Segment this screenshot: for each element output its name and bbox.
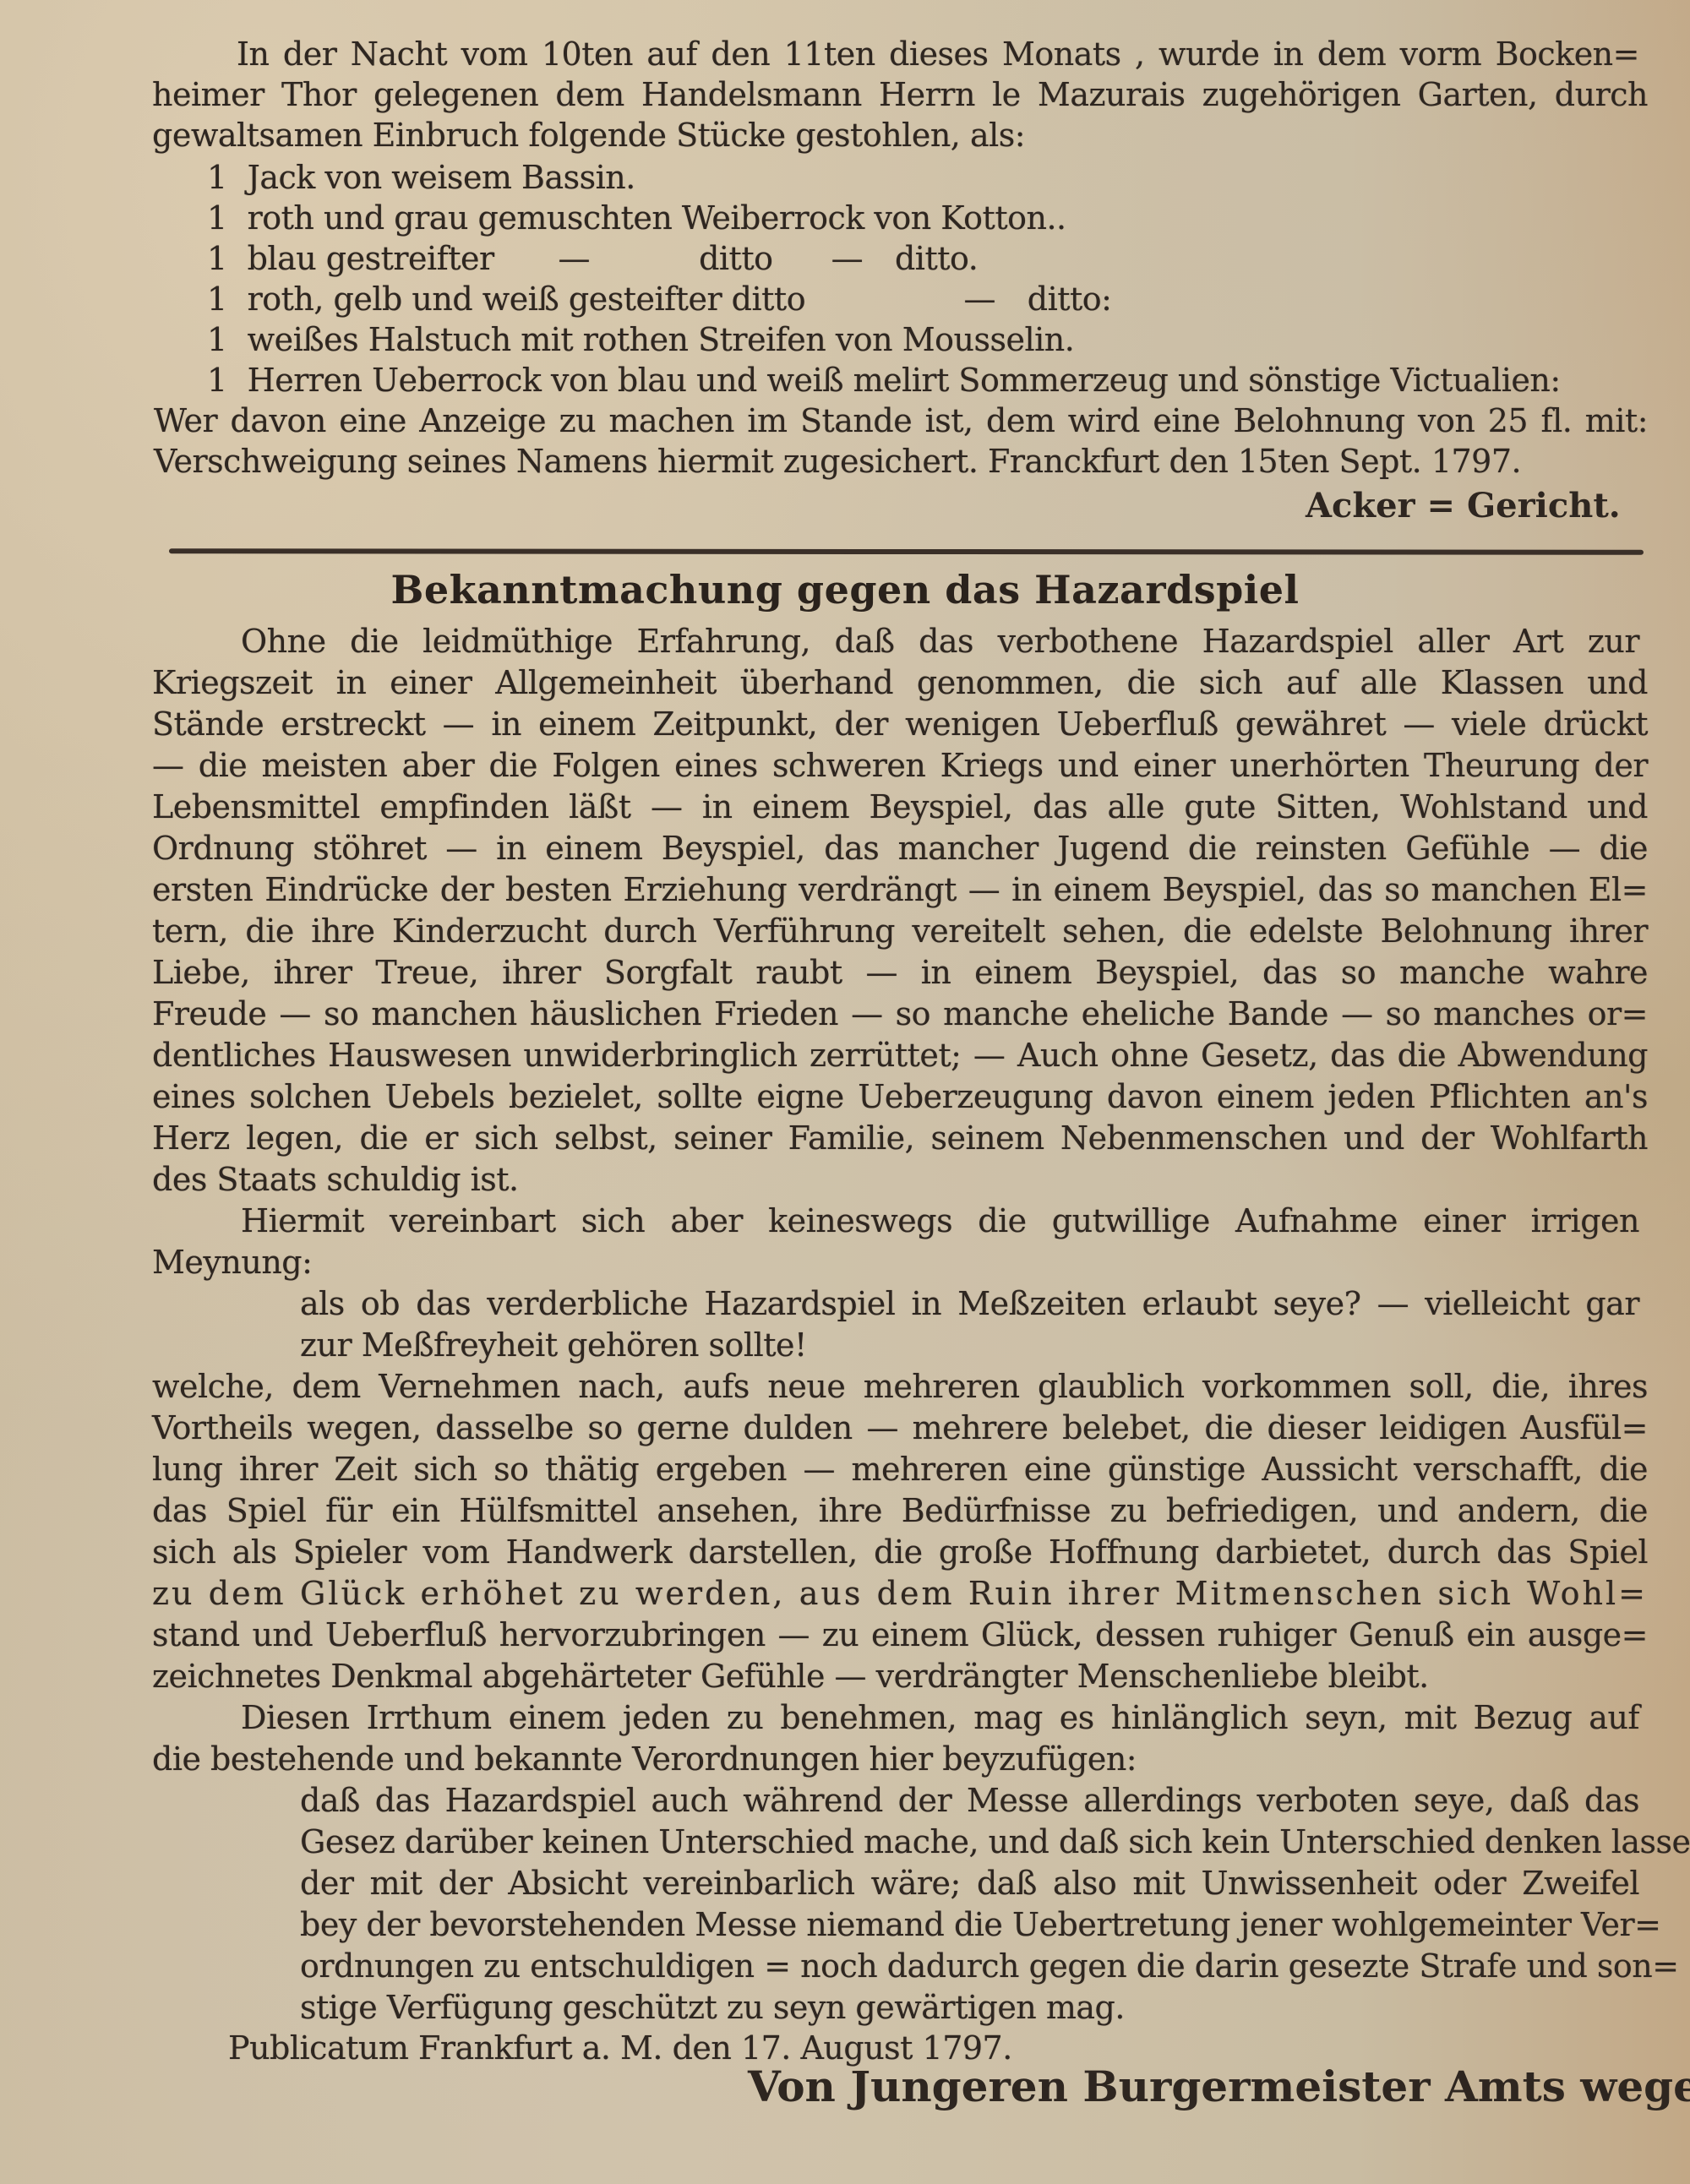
paragraph-line: Herz legen, die er sich selbst, seiner F… xyxy=(152,1118,1648,1158)
ditto-mark: ditto. xyxy=(895,240,978,277)
theft-notice-signature: Acker = Gericht. xyxy=(1306,485,1621,527)
quote-line: bey der bevorstehenden Messe niemand die… xyxy=(300,1904,1639,1945)
paragraph-line: — die meisten aber die Folgen eines schw… xyxy=(152,745,1648,786)
theft-intro-line-2: heimer Thor gelegenen dem Handelsmann He… xyxy=(152,74,1648,115)
item-quantity: 1 xyxy=(207,279,237,319)
paragraph-line: lung ihrer Zeit sich so thätig ergeben —… xyxy=(152,1449,1648,1490)
paragraph-line: sich als Spieler vom Handwerk darstellen… xyxy=(152,1532,1648,1572)
ditto-dash: — xyxy=(809,238,885,279)
theft-intro-line-3: gewaltsamen Einbruch folgende Stücke ges… xyxy=(152,115,1648,155)
stolen-item: 1 Herren Ueberrock von blau und weiß mel… xyxy=(207,360,1644,400)
scanned-page: In der Nacht vom 10ten auf den 11ten die… xyxy=(0,0,1690,2184)
paragraph-line: welche, dem Vernehmen nach, aufs neue me… xyxy=(152,1366,1648,1407)
paragraph-line: Hiermit vereinbart sich aber keineswegs … xyxy=(241,1201,1639,1241)
paragraph-line: eines solchen Uebels bezielet, sollte ei… xyxy=(152,1076,1648,1117)
paragraph-line: Meynung: xyxy=(152,1242,1648,1283)
stolen-item: 1 weißes Halstuch mit rothen Streifen vo… xyxy=(207,319,1690,360)
quote-line: als ob das verderbliche Hazardspiel in M… xyxy=(300,1283,1639,1324)
paragraph-line: ersten Eindrücke der besten Erziehung ve… xyxy=(152,869,1648,910)
item-description: Herren Ueberrock von blau und weiß melir… xyxy=(248,362,1561,399)
theft-intro-line-1: In der Nacht vom 10ten auf den 11ten die… xyxy=(237,34,1639,74)
paragraph-line: Freude — so manchen häuslichen Frieden —… xyxy=(152,994,1648,1034)
paragraph-line: Stände erstreckt — in einem Zeitpunkt, d… xyxy=(152,704,1648,744)
ditto-dash: — xyxy=(941,279,1017,319)
paragraph-line: des Staats schuldig ist. xyxy=(152,1159,1648,1200)
quote-line: zur Meßfreyheit gehören sollte! xyxy=(300,1325,1690,1365)
gambling-notice-title: Bekanntmachung gegen das Hazardspiel xyxy=(0,564,1690,615)
stolen-item: 1 roth, gelb und weiß gesteifter ditto —… xyxy=(207,279,1690,319)
ditto-mark: ditto xyxy=(673,238,799,279)
reward-line-2: Verschweigung seines Namens hiermit zuge… xyxy=(154,441,1649,482)
quote-line: daß das Hazardspiel auch während der Mes… xyxy=(300,1780,1639,1821)
quote-line: der mit der Absicht vereinbarlich wäre; … xyxy=(300,1863,1639,1904)
paragraph-line: Liebe, ihrer Treue, ihrer Sorgfalt raubt… xyxy=(152,952,1648,993)
paragraph-line: tern, die ihre Kinderzucht durch Verführ… xyxy=(152,911,1648,951)
paragraph-line: zeichnetes Denkmal abgehärteter Gefühle … xyxy=(152,1656,1648,1697)
item-quantity: 1 xyxy=(207,198,237,238)
item-description: weißes Halstuch mit rothen Streifen von … xyxy=(248,321,1075,358)
quote-line: Gesez darüber keinen Unterschied mache, … xyxy=(300,1822,1639,1862)
ditto-dash: — xyxy=(536,238,612,279)
section-divider xyxy=(169,548,1644,555)
item-quantity: 1 xyxy=(207,319,237,360)
quote-line: stige Verfügung geschützt zu seyn gewärt… xyxy=(300,1987,1690,2028)
paragraph-line: zu dem Glück erhöhet zu werden, aus dem … xyxy=(152,1573,1648,1614)
item-description: Jack von weisem Bassin. xyxy=(248,159,635,196)
paragraph-line: Ordnung stöhret — in einem Beyspiel, das… xyxy=(152,828,1648,869)
paragraph-line: Lebensmittel empfinden läßt — in einem B… xyxy=(152,787,1648,827)
item-quantity: 1 xyxy=(207,238,237,279)
paragraph-line: Ohne die leidmüthige Erfahrung, daß das … xyxy=(241,621,1639,662)
item-description: blau gestreifter xyxy=(248,238,526,279)
paragraph-line: Diesen Irrthum einem jeden zu benehmen, … xyxy=(241,1697,1639,1738)
item-description: roth und grau gemuschten Weiberrock von … xyxy=(248,199,1066,237)
stolen-item: 1 Jack von weisem Bassin. xyxy=(207,157,1690,198)
paragraph-line: stand und Ueberfluß hervorzubringen — zu… xyxy=(152,1615,1648,1655)
paragraph-line: Vortheils wegen, dasselbe so gerne dulde… xyxy=(152,1408,1648,1448)
item-quantity: 1 xyxy=(207,157,237,198)
stolen-item: 1 roth und grau gemuschten Weiberrock vo… xyxy=(207,198,1690,238)
ditto-mark: ditto: xyxy=(1028,280,1112,318)
paragraph-line: dentliches Hauswesen unwiderbringlich ze… xyxy=(152,1035,1648,1076)
reward-line-1: Wer davon eine Anzeige zu machen im Stan… xyxy=(154,400,1648,441)
gambling-notice-signature: Von Jungeren Burgermeister Amts wegen. xyxy=(748,2061,1690,2112)
stolen-item: 1 blau gestreifter — ditto — ditto. xyxy=(207,238,1690,279)
item-quantity: 1 xyxy=(207,360,237,400)
item-description: roth, gelb und weiß gesteifter ditto xyxy=(248,279,932,319)
quote-line: ordnungen zu entschuldigen = noch dadurc… xyxy=(300,1946,1639,1986)
paragraph-line: die bestehende und bekannte Verordnungen… xyxy=(152,1739,1648,1779)
paragraph-line: das Spiel für ein Hülfsmittel ansehen, i… xyxy=(152,1490,1648,1531)
paragraph-line: Kriegszeit in einer Allgemeinheit überha… xyxy=(152,662,1648,703)
